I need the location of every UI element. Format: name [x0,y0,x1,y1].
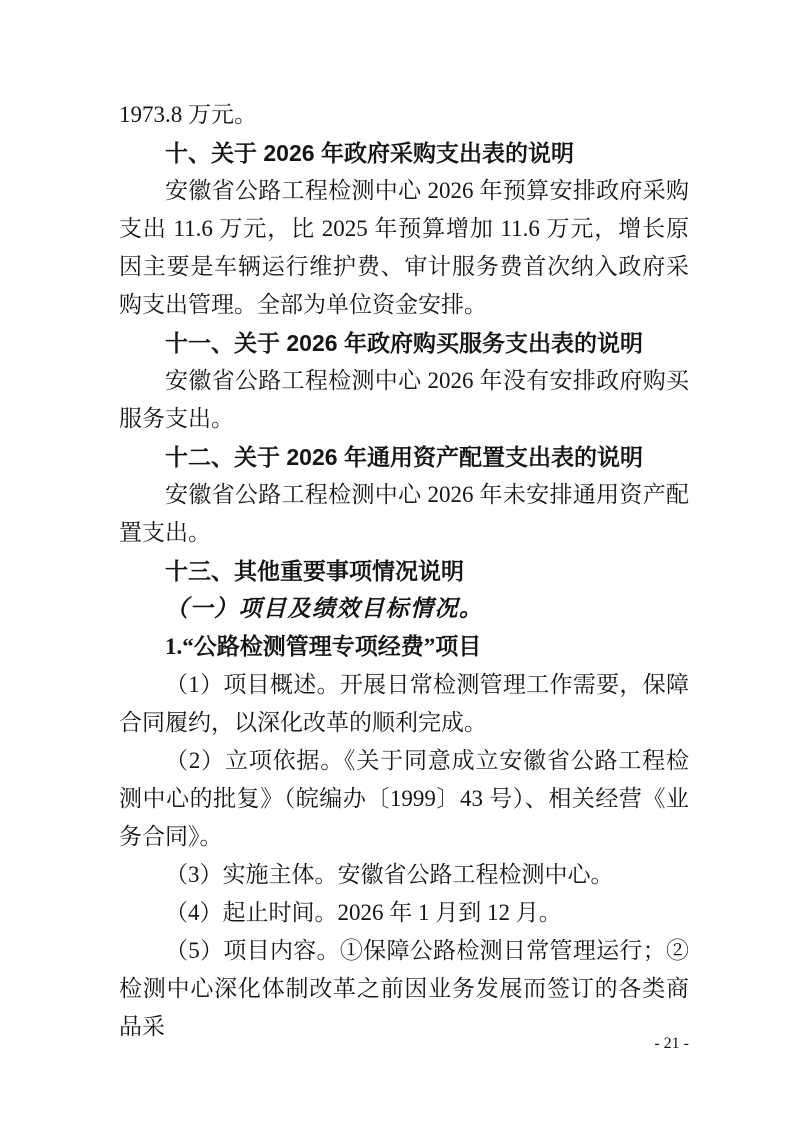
subsection-heading: （一）项目及绩效目标情况。 [119,590,689,628]
project-title-heading: 1.“公路检测管理专项经费”项目 [119,628,689,666]
paragraph: （2）立项依据。《关于同意成立安徽省公路工程检测中心的批复》（皖编办〔1999〕… [119,742,689,856]
page-number: - 21 - [119,1034,689,1054]
document-page: 1973.8 万元。 十、关于 2026 年政府采购支出表的说明 安徽省公路工程… [0,0,800,1132]
paragraph: 安徽省公路工程检测中心 2026 年没有安排政府购买服务支出。 [119,362,689,438]
paragraph: （3）实施主体。安徽省公路工程检测中心。 [119,856,689,894]
paragraph-continuation: 1973.8 万元。 [119,96,689,134]
section-heading-13: 十三、其他重要事项情况说明 [119,552,689,590]
paragraph: 安徽省公路工程检测中心 2026 年未安排通用资产配置支出。 [119,476,689,552]
section-heading-12: 十二、关于 2026 年通用资产配置支出表的说明 [119,438,689,476]
document-body: 1973.8 万元。 十、关于 2026 年政府采购支出表的说明 安徽省公路工程… [119,96,689,1046]
paragraph: （1）项目概述。开展日常检测管理工作需要，保障合同履约，以深化改革的顺利完成。 [119,666,689,742]
paragraph: （4）起止时间。2026 年 1 月到 12 月。 [119,894,689,932]
paragraph: （5）项目内容。①保障公路检测日常管理运行；②检测中心深化体制改革之前因业务发展… [119,932,689,1046]
section-heading-11: 十一、关于 2026 年政府购买服务支出表的说明 [119,324,689,362]
paragraph: 安徽省公路工程检测中心 2026 年预算安排政府采购支出 11.6 万元，比 2… [119,172,689,324]
section-heading-10: 十、关于 2026 年政府采购支出表的说明 [119,134,689,172]
